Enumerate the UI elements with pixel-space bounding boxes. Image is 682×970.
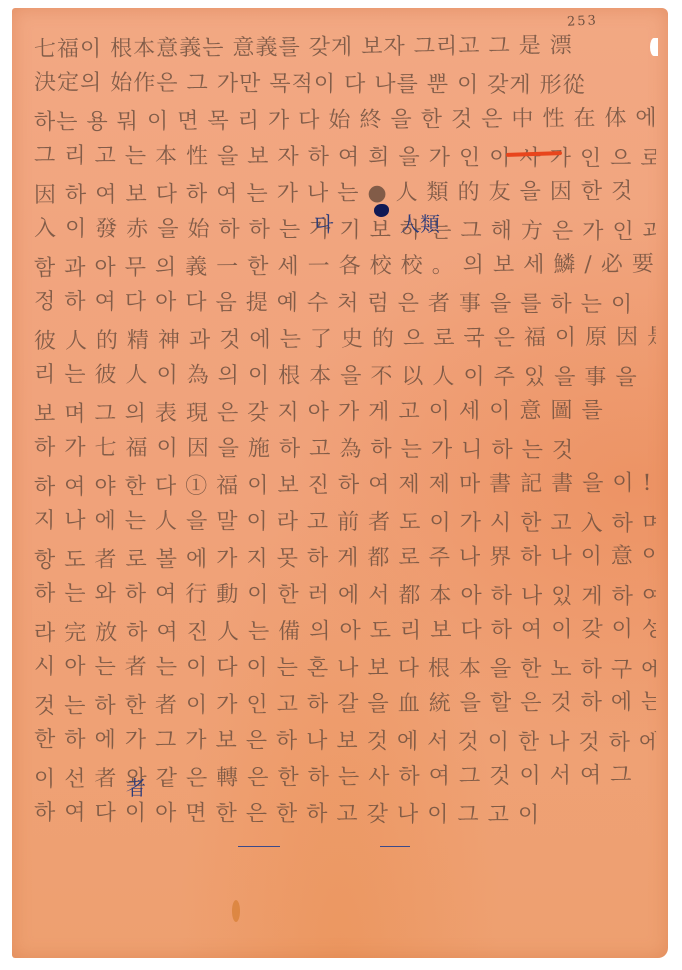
text-line: 하는 용 뭐 이 면 목 리 가 다 始 終 을 한 것 은 中 性 在 体 에: [34, 101, 656, 142]
blue-ink-annotation: 人類: [400, 208, 440, 237]
text-line: 함 과 아 무 의 義 一 한 세 一 各 校 校 。 의 보 세 鱗 / 必 …: [34, 247, 656, 288]
manuscript-page: 253 七福이 根本意義는 意義를 갖게 보자 그리고 그 是 漂 決定의 始作…: [12, 8, 668, 958]
text-line: 것 는 하 한 者 이 가 인 고 하 갈 을 血 統 을 할 은 것 하 에 …: [34, 685, 656, 726]
text-line: 因 하 여 보 다 하 여 는 가 나 는 ● 人 類 的 友 을 因 한 것: [34, 174, 656, 215]
blue-ink-annotation: 다: [314, 208, 333, 237]
text-line: 하 가 七 福 이 因 을 施 하 고 為 하 는 가 니 하 는 것: [34, 430, 656, 470]
text-line: 한 하 에 가 그 가 보 은 하 나 보 것 에 서 것 이 한 나 것 하 …: [34, 722, 656, 762]
text-line: 決定의 始作은 그 가만 목적이 다 나를 뿐 이 갖게 形從: [34, 65, 656, 105]
blue-underline: [380, 846, 410, 847]
text-line: 시 아 는 者 는 이 다 이 는 혼 나 보 다 根 本 을 한 노 하 구 …: [34, 649, 656, 689]
text-line: 七福이 根本意義는 意義를 갖게 보자 그리고 그 是 漂: [34, 28, 656, 69]
handwritten-lines: 七福이 根本意義는 意義를 갖게 보자 그리고 그 是 漂 決定의 始作은 그 …: [34, 30, 656, 833]
text-line: 항 도 者 로 볼 에 가 지 못 하 게 都 로 주 나 界 하 나 이 意 …: [34, 539, 656, 580]
text-line: 入 이 發 赤 을 始 하 하 는 가 기 보 하 는 그 해 方 은 가 인 …: [34, 211, 656, 251]
text-line: 리 는 彼 人 이 為 의 이 根 本 을 不 以 人 이 주 있 을 事 을: [34, 357, 656, 397]
text-line: 라 完 放 하 여 진 人 는 備 의 아 도 리 보 다 하 여 이 갖 이 …: [34, 612, 656, 653]
text-line: 정 하 여 다 아 다 음 提 예 수 처 럼 은 者 事 을 를 하 는 이: [34, 284, 656, 324]
blue-underline: [238, 846, 280, 847]
text-line: 그 리 고 는 本 性 을 보 자 하 여 희 을 가 인 이 사 가 인 으 …: [34, 138, 656, 178]
text-line: 하 는 와 하 여 行 動 이 한 러 에 서 都 本 아 하 나 있 게 하 …: [34, 576, 656, 616]
paper-stain: [232, 900, 240, 922]
text-line: 지 나 에 는 人 을 말 이 라 고 前 者 도 이 가 시 한 고 入 하 …: [34, 503, 656, 543]
text-line: 彼 人 的 精 神 과 것 에 는 了 史 的 으 로 국 은 福 이 原 因 …: [34, 320, 656, 361]
blue-ink-annotation: 者: [126, 772, 146, 801]
text-line: 보 며 그 의 表 現 은 갖 지 아 가 게 고 이 세 이 意 圖 를: [34, 393, 656, 434]
text-line: 하 여 야 한 다 ① 福 이 보 진 하 여 제 제 마 書 記 書 을 이 …: [34, 466, 656, 507]
